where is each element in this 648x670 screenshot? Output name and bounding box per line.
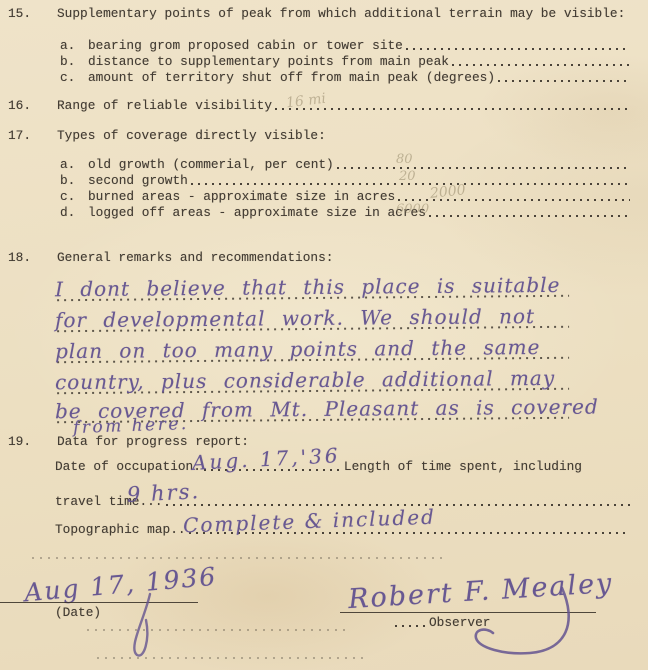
item-17c-label: burned areas - approximate size in acres	[88, 189, 395, 205]
item-15c-label: amount of territory shut off from main p…	[88, 70, 495, 86]
item-17c-letter: c.	[60, 189, 88, 205]
observer-caption-label: Observer	[429, 615, 490, 631]
item-15a-row: a. bearing grom proposed cabin or tower …	[60, 38, 630, 54]
observer-signature-handwriting: Robert F. Mealey	[347, 568, 614, 615]
item-18-title: General remarks and recommendations:	[57, 250, 333, 266]
remarks-line-1: I dont believe that this place is suitab…	[55, 270, 569, 304]
dotted-leader	[450, 54, 630, 70]
length-of-time-label: Length of time spent, including	[344, 459, 582, 475]
date-caption: (Date)	[55, 605, 101, 621]
item-15b-row: b. distance to supplementary points from…	[60, 54, 630, 70]
item-18-number: 18.	[8, 250, 57, 266]
item-17b-label: second growth	[88, 173, 188, 189]
topographic-map-label: Topographic map..	[55, 522, 186, 538]
pencil-note-second-growth: 20	[399, 169, 416, 184]
signature-line	[340, 612, 596, 613]
item-16-label: Range of reliable visibility	[57, 98, 272, 114]
item-16-number: 16.	[8, 98, 57, 114]
item-17a-label: old growth (commerial, per cent)	[88, 157, 334, 173]
item-19-number: 19.	[8, 434, 57, 450]
item-15-heading: 15. Supplementary points of peak from wh…	[8, 6, 638, 22]
travel-time-value-handwriting: 9 hrs.	[126, 479, 200, 507]
item-17c-row: c. burned areas - approximate size in ac…	[60, 189, 630, 205]
date-line	[0, 602, 198, 603]
dotted-leader	[496, 70, 630, 86]
item-15a-letter: a.	[60, 38, 88, 54]
item-17-heading: 17. Types of coverage directly visible:	[8, 128, 638, 144]
item-17a-letter: a.	[60, 157, 88, 173]
scanned-form-page: 15. Supplementary points of peak from wh…	[0, 0, 648, 670]
item-17-title: Types of coverage directly visible:	[57, 128, 326, 144]
faint-dotted-row	[30, 552, 445, 564]
item-15-title: Supplementary points of peak from which …	[57, 6, 625, 22]
pencil-note-logged-areas: 6000	[396, 202, 429, 217]
item-17d-row: d. logged off areas - approximate size i…	[60, 205, 630, 221]
date-caption-label: (Date)	[55, 605, 101, 621]
item-15-number: 15.	[8, 6, 57, 22]
item-17-number: 17.	[8, 128, 57, 144]
observer-caption: Observer	[392, 615, 502, 631]
faint-dotted-row	[85, 624, 350, 636]
remarks-line-2: for developmental work. We should not	[55, 301, 569, 335]
item-17b-row: b. second growth	[60, 173, 630, 189]
item-18-heading: 18. General remarks and recommendations:	[8, 250, 638, 266]
pencil-note-old-growth: 80	[396, 152, 413, 167]
item-15b-label: distance to supplementary points from ma…	[88, 54, 449, 70]
item-19-title: Data for progress report:	[57, 434, 249, 450]
item-15c-row: c. amount of territory shut off from mai…	[60, 70, 630, 86]
faint-dotted-row	[95, 652, 367, 664]
item-15c-letter: c.	[60, 70, 88, 86]
item-17b-letter: b.	[60, 173, 88, 189]
item-17d-letter: d.	[60, 205, 88, 221]
remarks-line-3: plan on too many points and the same	[55, 332, 569, 366]
dotted-leader	[335, 157, 630, 173]
occupation-label: Date of occupation.	[55, 459, 201, 475]
item-17a-row: a. old growth (commerial, per cent)	[60, 157, 630, 173]
dotted-leader	[404, 38, 630, 54]
footer-date-handwriting: Aug 17, 1936	[23, 562, 218, 608]
dotted-leader	[393, 615, 429, 631]
dotted-leader	[427, 205, 630, 221]
item-17d-label: logged off areas - approximate size in a…	[88, 205, 426, 221]
item-15b-letter: b.	[60, 54, 88, 70]
item-15a-label: bearing grom proposed cabin or tower sit…	[88, 38, 403, 54]
